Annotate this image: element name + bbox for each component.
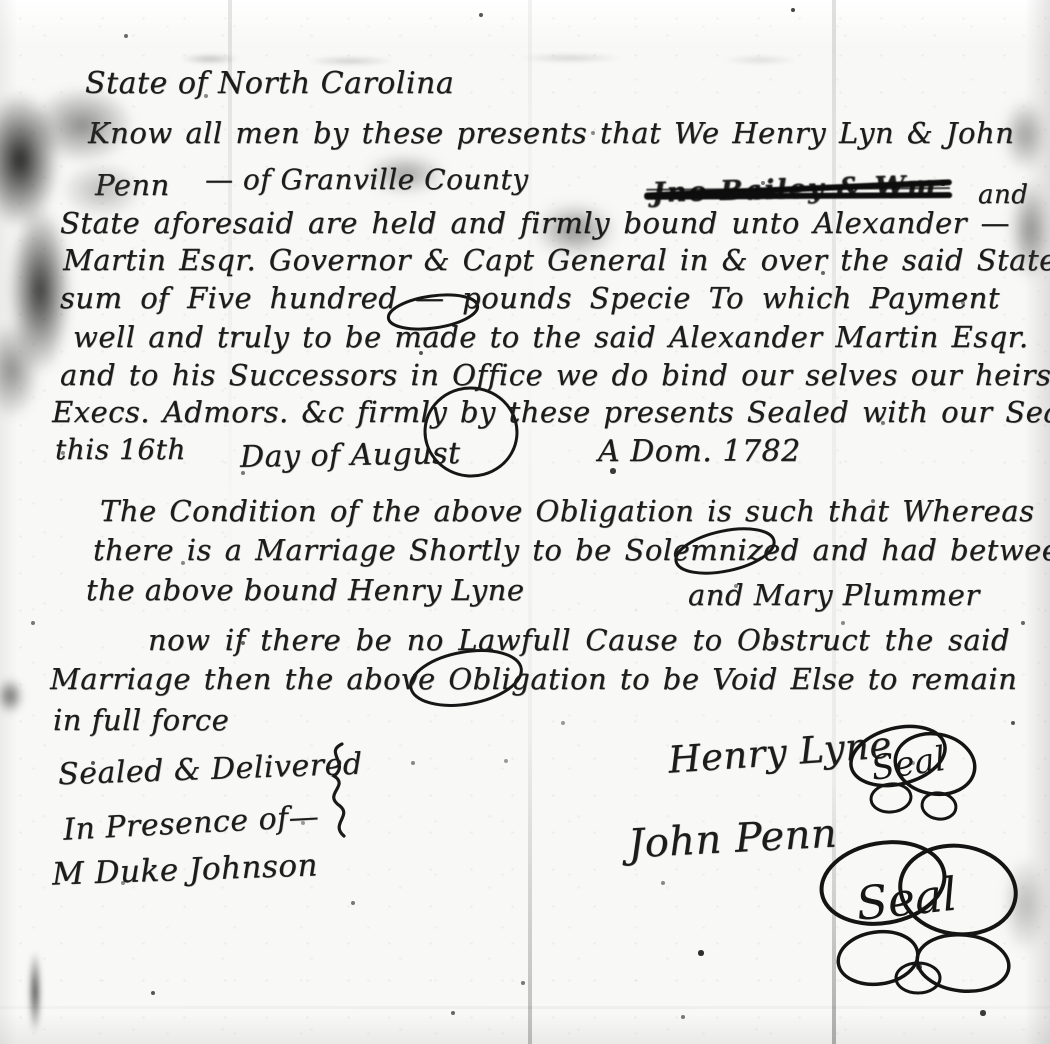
doc-line: well and truly to be made to the said Al… — [73, 320, 1005, 354]
doc-line: sum of Five hundred — pounds Specie To w… — [60, 281, 1000, 315]
struck-out-text: Jno Bailey & Wm — [652, 170, 938, 208]
doc-line: and to his Successors in Office we do bi… — [60, 358, 1008, 392]
doc-line-heading: State of North Carolina — [85, 66, 454, 101]
signature-henry-lyne: Henry Lyne — [667, 723, 893, 782]
doc-line: State aforesaid are held and firmly boun… — [60, 206, 1010, 240]
doc-line: in full force — [53, 703, 229, 737]
svg-text:Seal: Seal — [854, 867, 960, 931]
doc-line: Execs. Admors. &c firmly by these presen… — [52, 395, 1010, 429]
doc-line-segment: the above bound Henry Lyne — [86, 573, 525, 607]
doc-line-segment: — of Granville County — [205, 163, 529, 196]
doc-line-segment: and Mary Plummer — [688, 578, 980, 612]
ink-streak — [24, 938, 46, 1044]
doc-line-date-year: A Dom. 1782 — [598, 434, 801, 469]
doc-line: now if there be no Lawfull Cause to Obst… — [148, 623, 1010, 657]
fold-crease-horizontal — [0, 1006, 1050, 1009]
paper-specks — [0, 0, 2, 2]
doc-line: The Condition of the above Obligation is… — [100, 494, 1012, 528]
doc-line: Marriage then the above Obligation to be… — [50, 662, 1015, 696]
ink-smudge-right-edge — [985, 830, 1050, 980]
witness-signature: M Duke Johnson — [51, 847, 318, 892]
witness-line-sealed-delivered: Sealed & Delivered — [57, 747, 363, 793]
doc-line-date-month: Day of August — [240, 436, 461, 475]
doc-line: Martin Esqr. Governor & Capt General in … — [63, 243, 1015, 277]
doc-line: Know all men by these presents that We H… — [88, 116, 1013, 150]
doc-line: there is a Marriage Shortly to be Solemn… — [93, 533, 1018, 567]
ink-blotch — [0, 672, 28, 720]
document-page: State of North Carolina Know all men by … — [0, 0, 1050, 1044]
doc-line-segment: Penn — [95, 168, 170, 202]
witness-line-in-presence: In Presence of— — [62, 799, 320, 847]
signature-john-penn: John Penn — [627, 811, 838, 868]
doc-line-date-day: this 16th — [55, 433, 186, 466]
